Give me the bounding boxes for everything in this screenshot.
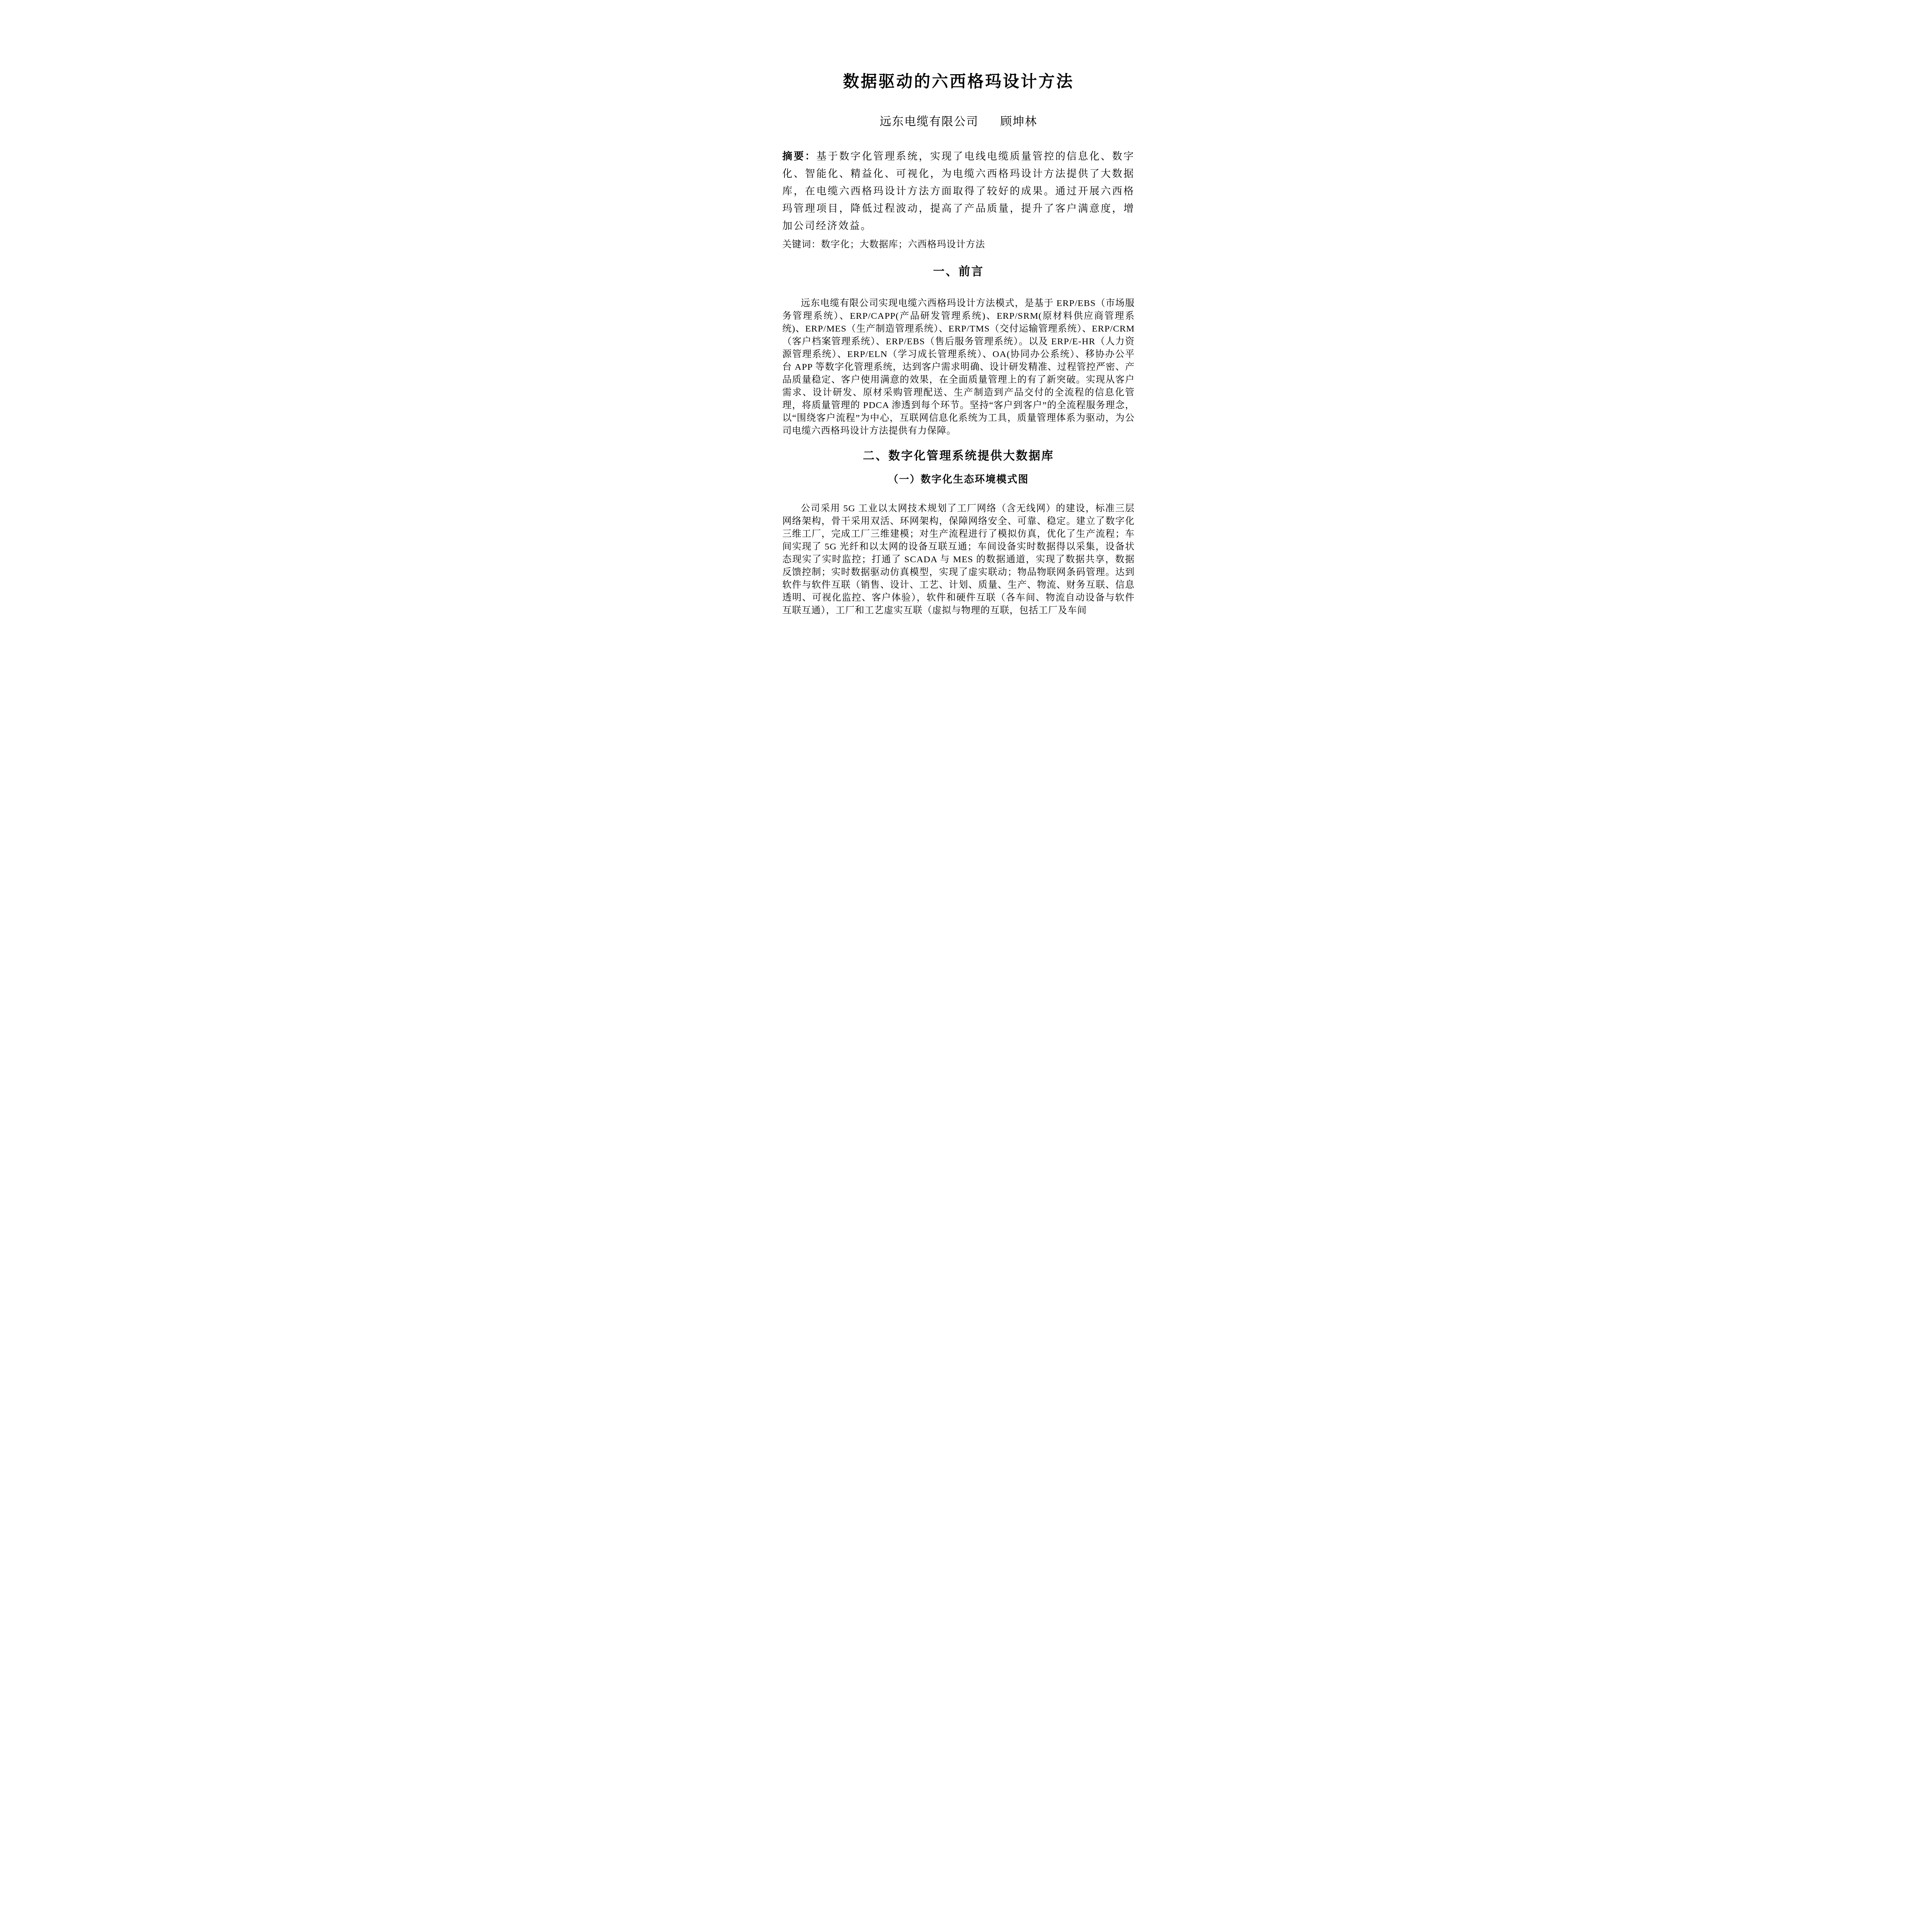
document-page: 数据驱动的六西格玛设计方法 远东电缆有限公司顾坤林 摘要：基于数字化管理系统，实… (719, 0, 1198, 678)
section-2-subheading: （一）数字化生态环境模式图 (782, 473, 1135, 486)
author-affiliation: 远东电缆有限公司 (880, 115, 979, 128)
section-2-paragraph: 公司采用 5G 工业以太网技术规划了工厂网络（含无线网）的建设，标准三层网络架构… (782, 502, 1135, 617)
page-title: 数据驱动的六西格玛设计方法 (782, 72, 1135, 91)
author-name: 顾坤林 (1000, 115, 1038, 128)
section-2-heading: 二、数字化管理系统提供大数据库 (782, 449, 1135, 463)
author-line: 远东电缆有限公司顾坤林 (782, 114, 1135, 130)
abstract-label: 摘要： (782, 151, 816, 162)
section-1-heading: 一、前言 (782, 265, 1135, 279)
section-1-paragraph: 远东电缆有限公司实现电缆六西格玛设计方法模式，是基于 ERP/EBS（市场服务管… (782, 297, 1135, 437)
keywords-label: 关键词： (782, 240, 821, 250)
keywords-line: 关键词：数字化；大数据库；六西格玛设计方法 (782, 237, 1135, 252)
keywords-text: 数字化；大数据库；六西格玛设计方法 (821, 240, 985, 250)
abstract-text: 基于数字化管理系统，实现了电线电缆质量管控的信息化、数字化、智能化、精益化、可视… (782, 151, 1135, 231)
abstract-paragraph: 摘要：基于数字化管理系统，实现了电线电缆质量管控的信息化、数字化、智能化、精益化… (782, 148, 1135, 235)
